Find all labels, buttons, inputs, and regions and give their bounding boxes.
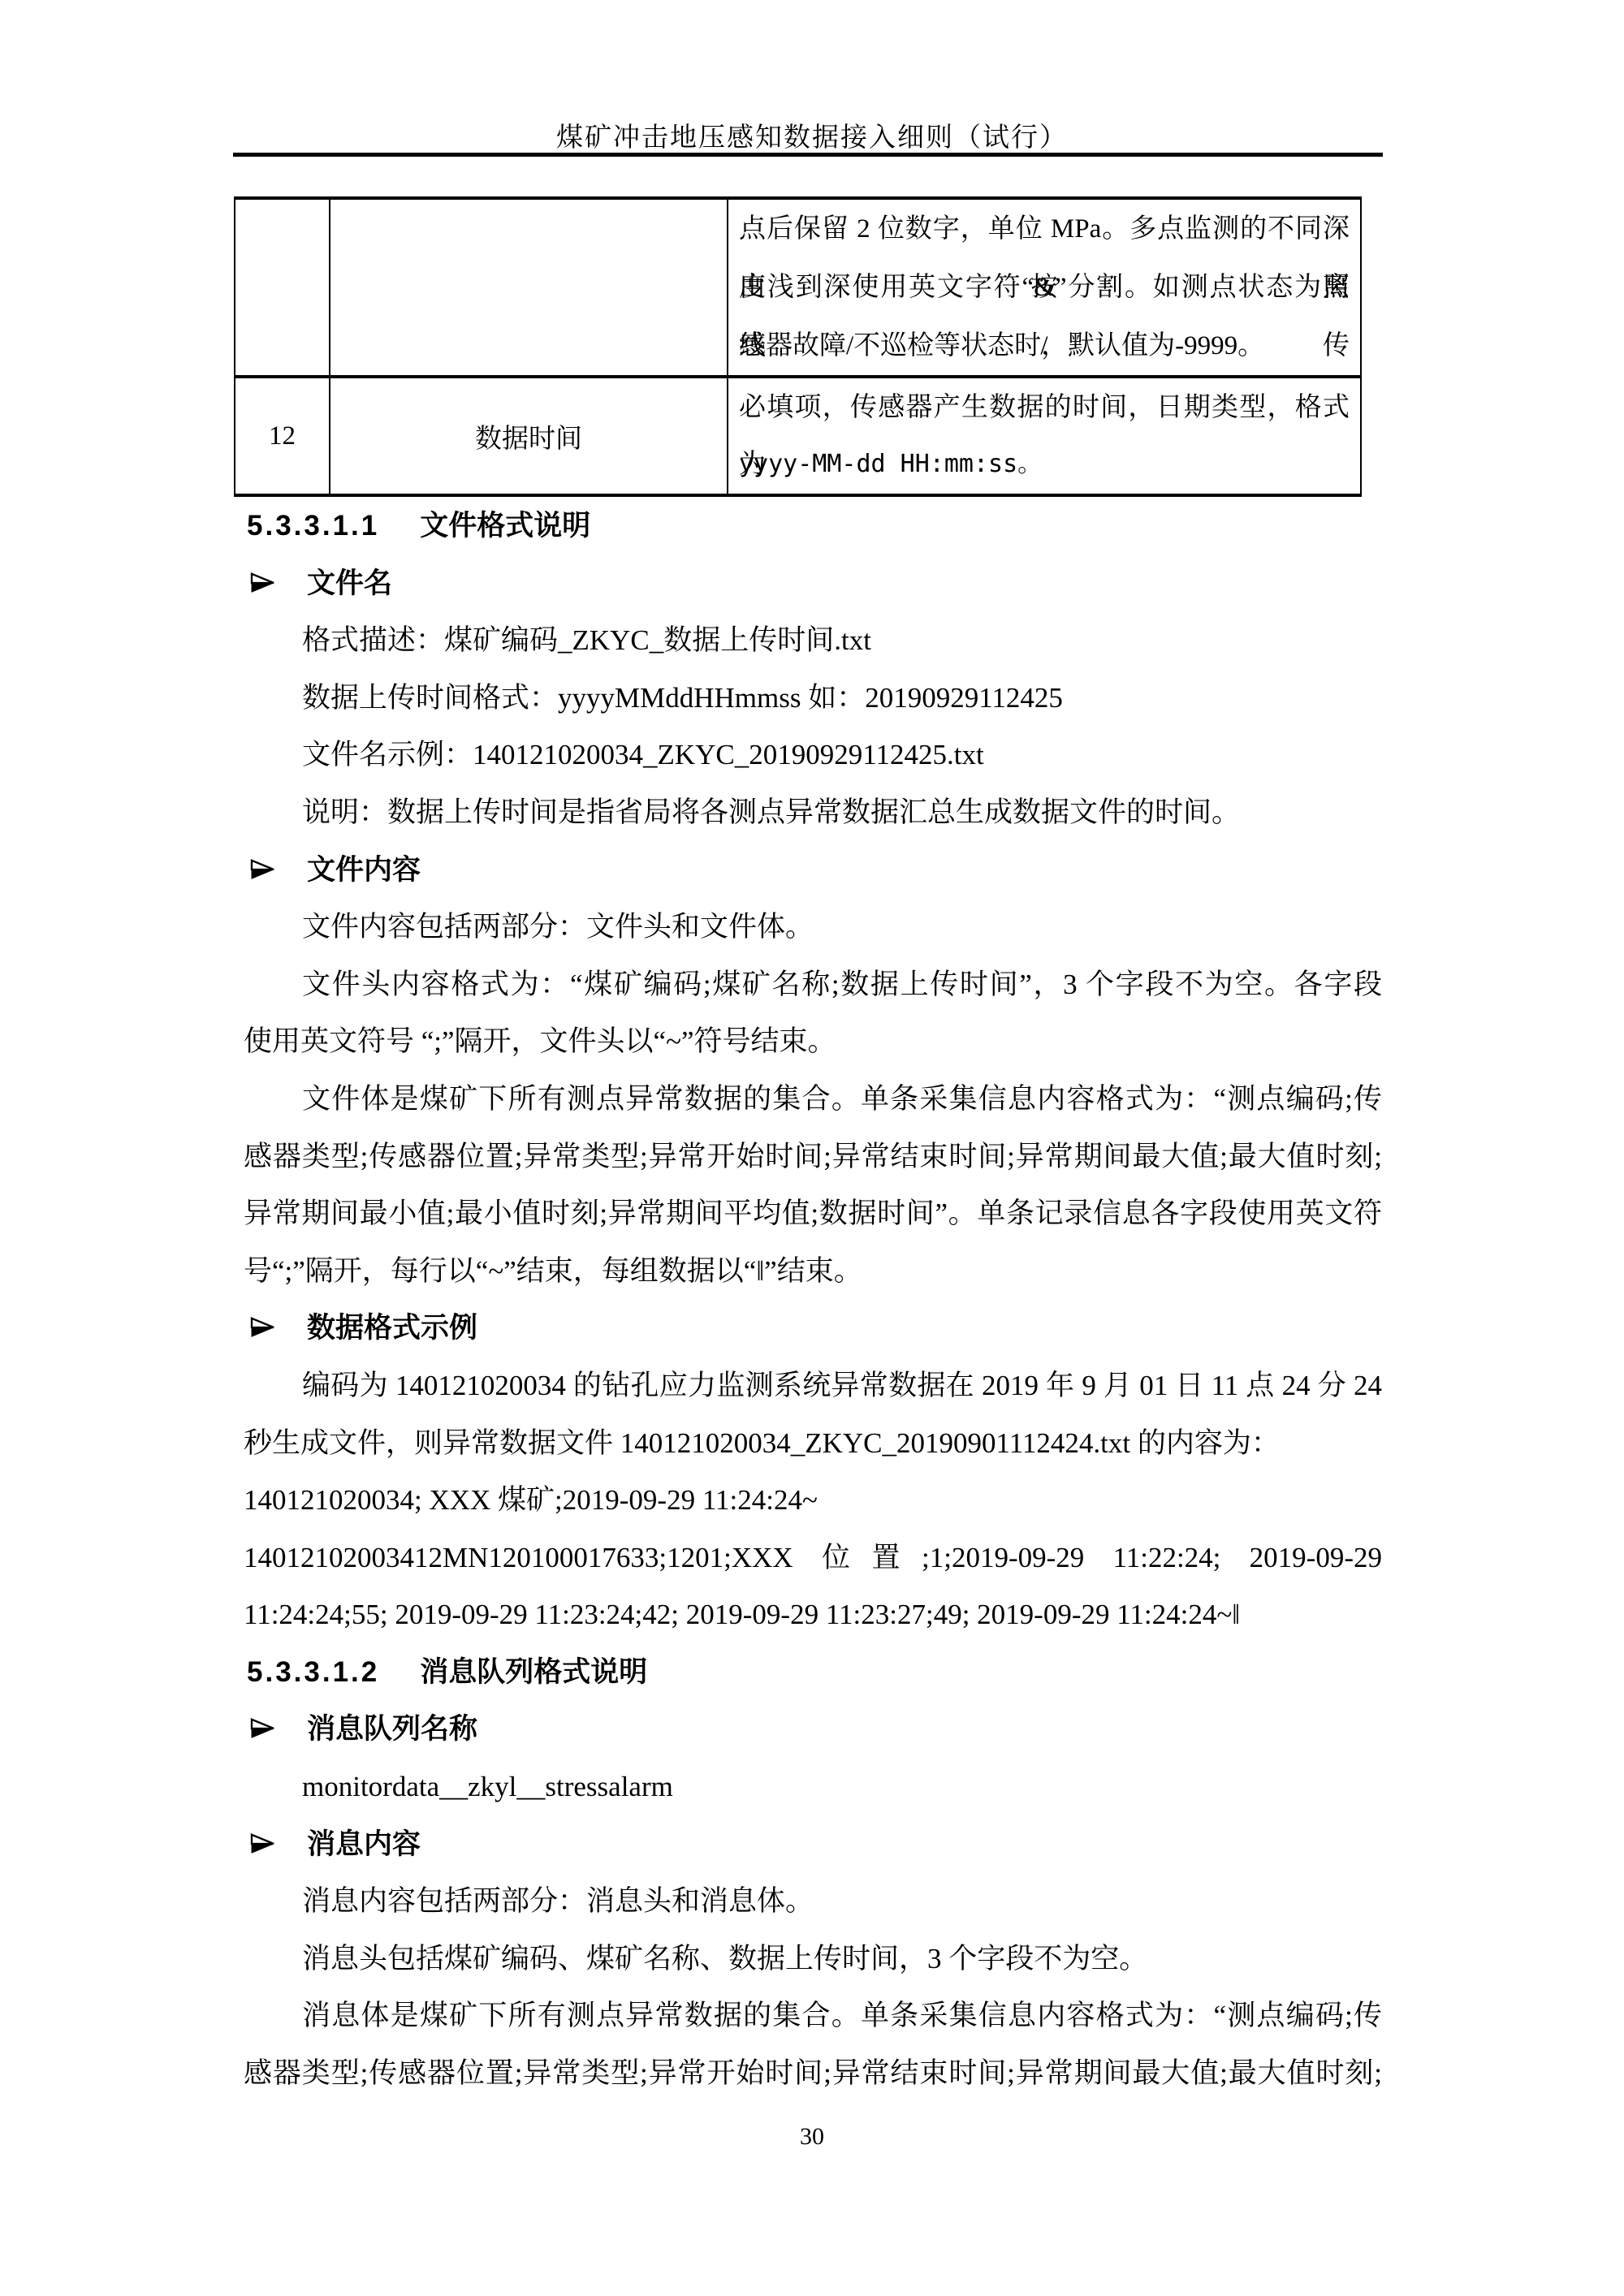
bullet-label: 文件名 xyxy=(307,568,392,599)
table-desc-line-dateformat: yyyy-MM-dd HH:mm:ss。 xyxy=(739,436,1350,493)
line-note: 说明：数据上传时间是指省局将各测点异常数据汇总生成数据文件的时间。 xyxy=(244,784,1382,842)
line-file-body-4: 号“;”隔开，每行以“~”结束，每组数据以“‖”结束。 xyxy=(244,1243,1382,1301)
line-message-content-parts: 消息内容包括两部分：消息头和消息体。 xyxy=(244,1873,1382,1931)
table-cell-field-name xyxy=(330,198,728,377)
table-row: 12 数据时间 必填项，传感器产生数据的时间，日期类型，格式为 yyyy-MM-… xyxy=(235,377,1361,495)
document-page: 煤矿冲击地压感知数据接入细则（试行） 点后保留 2 位数字，单位 MPa。多点监… xyxy=(0,0,1624,2296)
line-example-data-2: 14012102003412MN120100017633;1201;XXX 位置… xyxy=(244,1530,1382,1587)
bullet-item-queue-name: 消息队列名称 xyxy=(244,1701,1382,1759)
bullet-label: 文件内容 xyxy=(307,854,421,886)
table-cell-field-name: 数据时间 xyxy=(330,377,728,495)
line-file-header-format: 文件头内容格式为：“煤矿编码;煤矿名称;数据上传时间”，3 个字段不为空。各字段 xyxy=(244,956,1382,1014)
table-desc-line: 由浅到深使用英文字符“&”分割。如测点状态为离线/传 xyxy=(739,258,1350,317)
line-file-body-1: 文件体是煤矿下所有测点异常数据的集合。单条采集信息内容格式为：“测点编码;传 xyxy=(244,1071,1382,1129)
table-cell-index xyxy=(235,198,330,377)
bullet-item-file-content: 文件内容 xyxy=(244,842,1382,900)
line-example-intro-1: 编码为 140121020034 的钻孔应力监测系统异常数据在 2019 年 9… xyxy=(244,1357,1382,1415)
arrow-bullet-icon xyxy=(250,844,276,866)
table-cell-index: 12 xyxy=(235,377,330,495)
table-cell-description: 点后保留 2 位数字，单位 MPa。多点监测的不同深度按照 由浅到深使用英文字符… xyxy=(728,198,1361,377)
arrow-bullet-icon xyxy=(250,1818,276,1841)
line-message-header: 消息头包括煤矿编码、煤矿名称、数据上传时间，3 个字段不为空。 xyxy=(244,1931,1382,1988)
section-number: 5.3.3.1.2 xyxy=(244,1656,379,1688)
bullet-item-message-content: 消息内容 xyxy=(244,1816,1382,1874)
arrow-bullet-icon xyxy=(250,1301,276,1324)
table-desc-line: 感器故障/不巡检等状态时，默认值为-9999。 xyxy=(739,317,1350,375)
section-number: 5.3.3.1.1 xyxy=(244,510,379,542)
section-title: 消息队列格式说明 xyxy=(420,1656,647,1688)
table-desc-line: 点后保留 2 位数字，单位 MPa。多点监测的不同深度按照 xyxy=(739,200,1350,258)
line-example-intro-2: 秒生成文件，则异常数据文件 140121020034_ZKYC_20190901… xyxy=(244,1415,1382,1473)
line-queue-name-value: monitordata__zkyl__stressalarm xyxy=(244,1759,1382,1816)
section-heading-5-3-3-1-1: 5.3.3.1.1文件格式说明 xyxy=(244,498,1382,555)
header-rule xyxy=(233,153,1383,157)
arrow-bullet-icon xyxy=(250,557,276,580)
line-filename-example: 文件名示例：140121020034_ZKYC_20190929112425.t… xyxy=(244,727,1382,784)
table-cell-description: 必填项，传感器产生数据的时间，日期类型，格式为 yyyy-MM-dd HH:mm… xyxy=(728,377,1361,495)
bullet-label: 消息内容 xyxy=(307,1828,421,1860)
line-format-description: 格式描述：煤矿编码_ZKYC_数据上传时间.txt xyxy=(244,612,1382,670)
document-body: 5.3.3.1.1文件格式说明 文件名 格式描述：煤矿编码_ZKYC_数据上传时… xyxy=(244,498,1382,2103)
line-file-content-parts: 文件内容包括两部分：文件头和文件体。 xyxy=(244,899,1382,956)
bullet-item-file-name: 文件名 xyxy=(244,555,1382,613)
line-file-body-2: 感器类型;传感器位置;异常类型;异常开始时间;异常结束时间;异常期间最大值;最大… xyxy=(244,1129,1382,1186)
line-file-body-3: 异常期间最小值;最小值时刻;异常期间平均值;数据时间”。单条记录信息各字段使用英… xyxy=(244,1185,1382,1243)
line-message-body-1: 消息体是煤矿下所有测点异常数据的集合。单条采集信息内容格式为：“测点编码;传 xyxy=(244,1987,1382,2045)
section-heading-5-3-3-1-2: 5.3.3.1.2消息队列格式说明 xyxy=(244,1644,1382,1702)
line-example-data-3: 11:24:24;55; 2019-09-29 11:23:24;42; 201… xyxy=(244,1586,1382,1644)
bullet-label: 数据格式示例 xyxy=(307,1312,477,1344)
line-message-body-2: 感器类型;传感器位置;异常类型;异常开始时间;异常结束时间;异常期间最大值;最大… xyxy=(244,2045,1382,2103)
section-title: 文件格式说明 xyxy=(420,510,590,542)
line-upload-time-format: 数据上传时间格式：yyyyMMddHHmmss 如：20190929112425 xyxy=(244,670,1382,727)
bullet-label: 消息队列名称 xyxy=(307,1713,477,1745)
bullet-item-data-example: 数据格式示例 xyxy=(244,1300,1382,1357)
arrow-bullet-icon xyxy=(250,1703,276,1725)
line-example-data-1: 140121020034; XXX 煤矿;2019-09-29 11:24:24… xyxy=(244,1472,1382,1530)
line-file-header-format-cont: 使用英文符号 “;”隔开，文件头以“~”符号结束。 xyxy=(244,1013,1382,1071)
field-spec-table: 点后保留 2 位数字，单位 MPa。多点监测的不同深度按照 由浅到深使用英文字符… xyxy=(234,196,1362,497)
table-desc-line: 必填项，传感器产生数据的时间，日期类型，格式为 xyxy=(739,379,1350,436)
page-header-title: 煤矿冲击地压感知数据接入细则（试行） xyxy=(0,116,1624,154)
page-number: 30 xyxy=(0,2123,1624,2151)
table-row: 点后保留 2 位数字，单位 MPa。多点监测的不同深度按照 由浅到深使用英文字符… xyxy=(235,198,1361,377)
